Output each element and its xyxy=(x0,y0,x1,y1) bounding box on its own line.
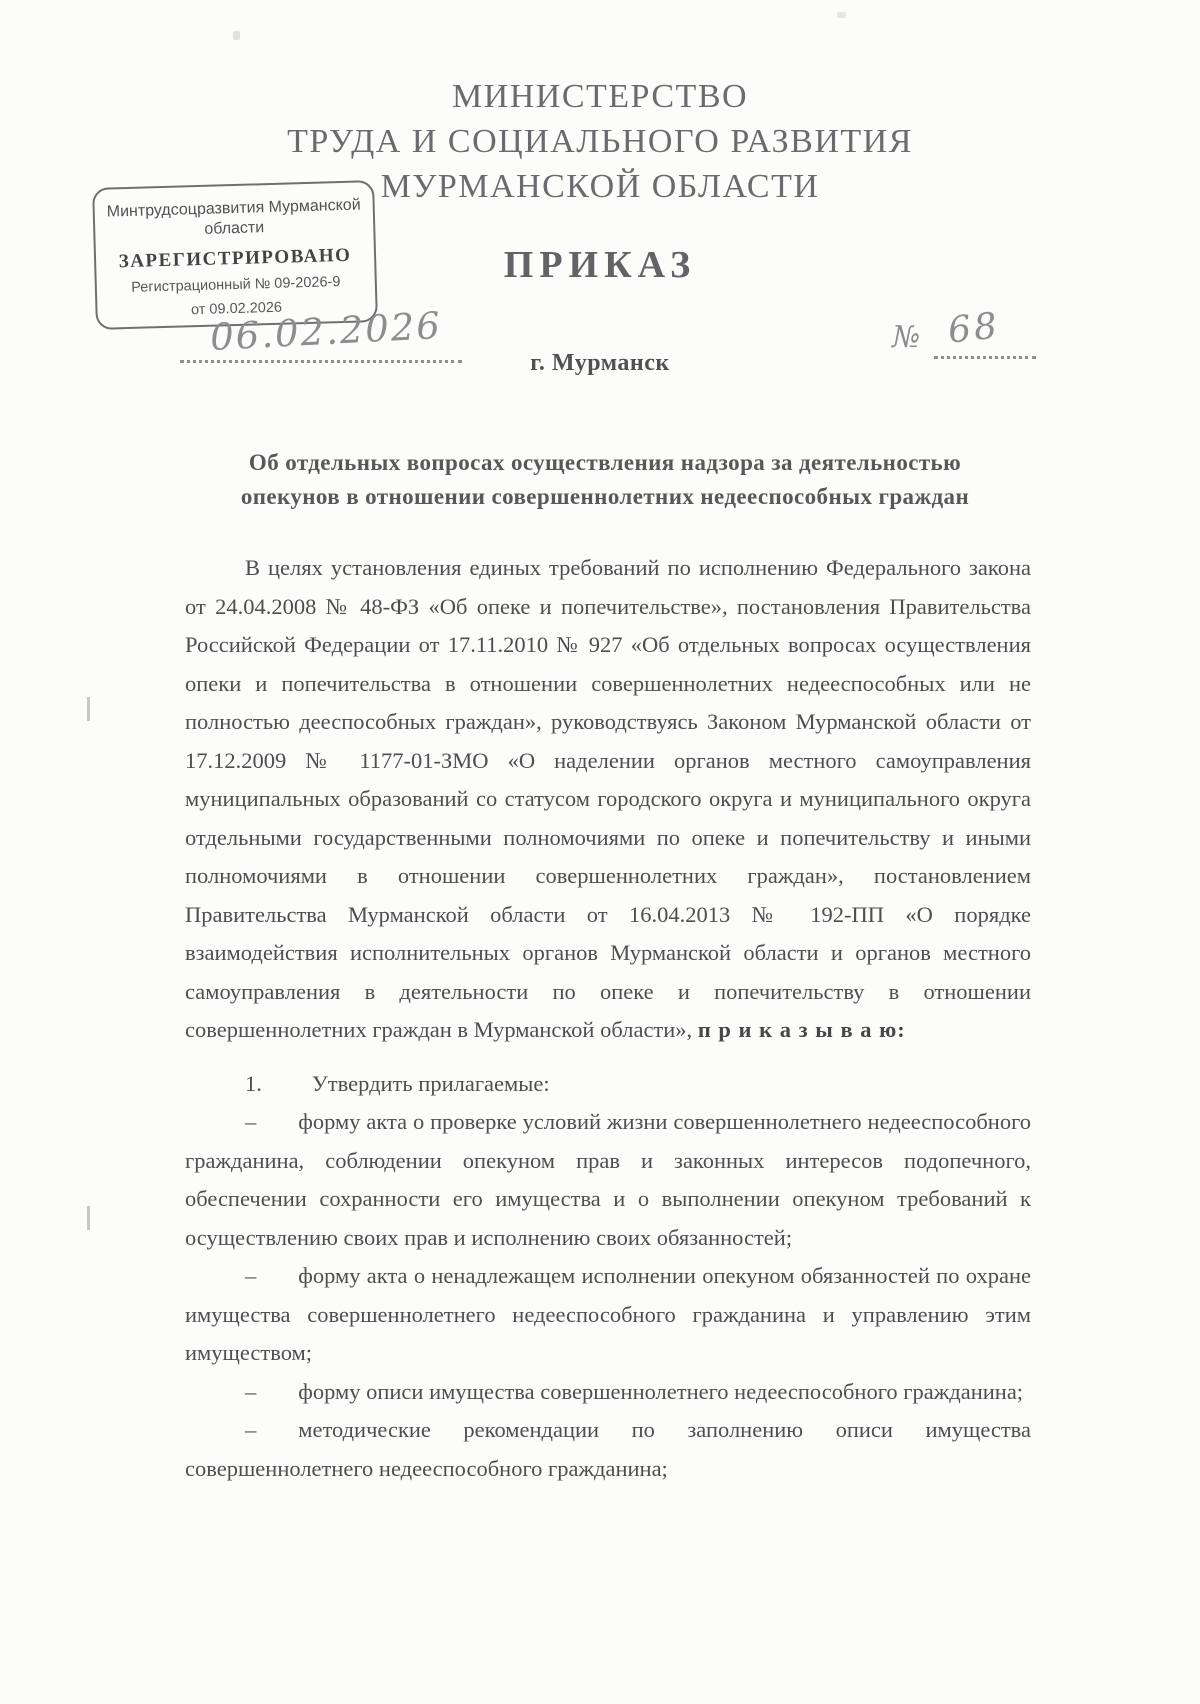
stamp-registered-label: ЗАРЕГИСТРИРОВАНО xyxy=(96,244,375,274)
list-item-text: форму акта о ненадлежащем исполнении опе… xyxy=(185,1263,1031,1365)
numbered-item-1-text: Утвердить прилагаемые: xyxy=(312,1071,550,1096)
scan-artifact xyxy=(837,12,846,18)
list-item-dash: – xyxy=(245,1379,256,1404)
preamble-paragraph: В целях установления единых требований п… xyxy=(185,549,1031,1050)
city-line: г. Мурманск xyxy=(0,350,1200,377)
ministry-line-2: ТРУДА И СОЦИАЛЬНОГО РАЗВИТИЯ xyxy=(0,119,1200,164)
stamp-org-name: Минтрудсоцразвития Мурманской области xyxy=(94,195,373,243)
preamble-text: В целях установления единых требований п… xyxy=(185,555,1031,1042)
scan-artifact xyxy=(87,1206,90,1230)
list-item-dash: – xyxy=(245,1417,256,1442)
document-title: Об отдельных вопросах осуществления надз… xyxy=(188,446,1022,514)
scan-artifact xyxy=(233,31,240,40)
list-item-dash: – xyxy=(245,1263,256,1288)
list-item: –форму акта о проверке условий жизни сов… xyxy=(185,1103,1031,1257)
list-item-text: форму акта о проверке условий жизни сове… xyxy=(185,1109,1031,1250)
document-body: В целях установления единых требований п… xyxy=(185,549,1031,1488)
list-item-text: форму описи имущества совершеннолетнего … xyxy=(298,1379,1023,1404)
ministry-line-1: МИНИСТЕРСТВО xyxy=(0,74,1200,119)
numbered-item-1: 1.Утвердить прилагаемые: xyxy=(185,1065,1031,1104)
list-item: –методические рекомендации по заполнению… xyxy=(185,1411,1031,1488)
list-item: –форму описи имущества совершеннолетнего… xyxy=(185,1373,1031,1412)
handwritten-number: 68 xyxy=(946,305,1002,351)
registration-stamp: Минтрудсоцразвития Мурманской области ЗА… xyxy=(92,180,378,330)
decree-word: п р и к а з ы в а ю: xyxy=(698,1017,906,1042)
scan-artifact xyxy=(87,697,90,721)
list-item: –форму акта о ненадлежащем исполнении оп… xyxy=(185,1257,1031,1373)
title-line-1: Об отдельных вопросах осуществления надз… xyxy=(188,446,1022,480)
list-item-text: методические рекомендации по заполнению … xyxy=(185,1417,1031,1481)
document-page: МИНИСТЕРСТВО ТРУДА И СОЦИАЛЬНОГО РАЗВИТИ… xyxy=(0,0,1200,1704)
stamp-registration-number: Регистрационный № 09-2026-9 xyxy=(97,273,375,298)
title-line-2: опекунов в отношении совершеннолетних не… xyxy=(188,480,1022,514)
numbered-item-1-marker: 1. xyxy=(245,1071,262,1096)
list-item-dash: – xyxy=(245,1109,256,1134)
